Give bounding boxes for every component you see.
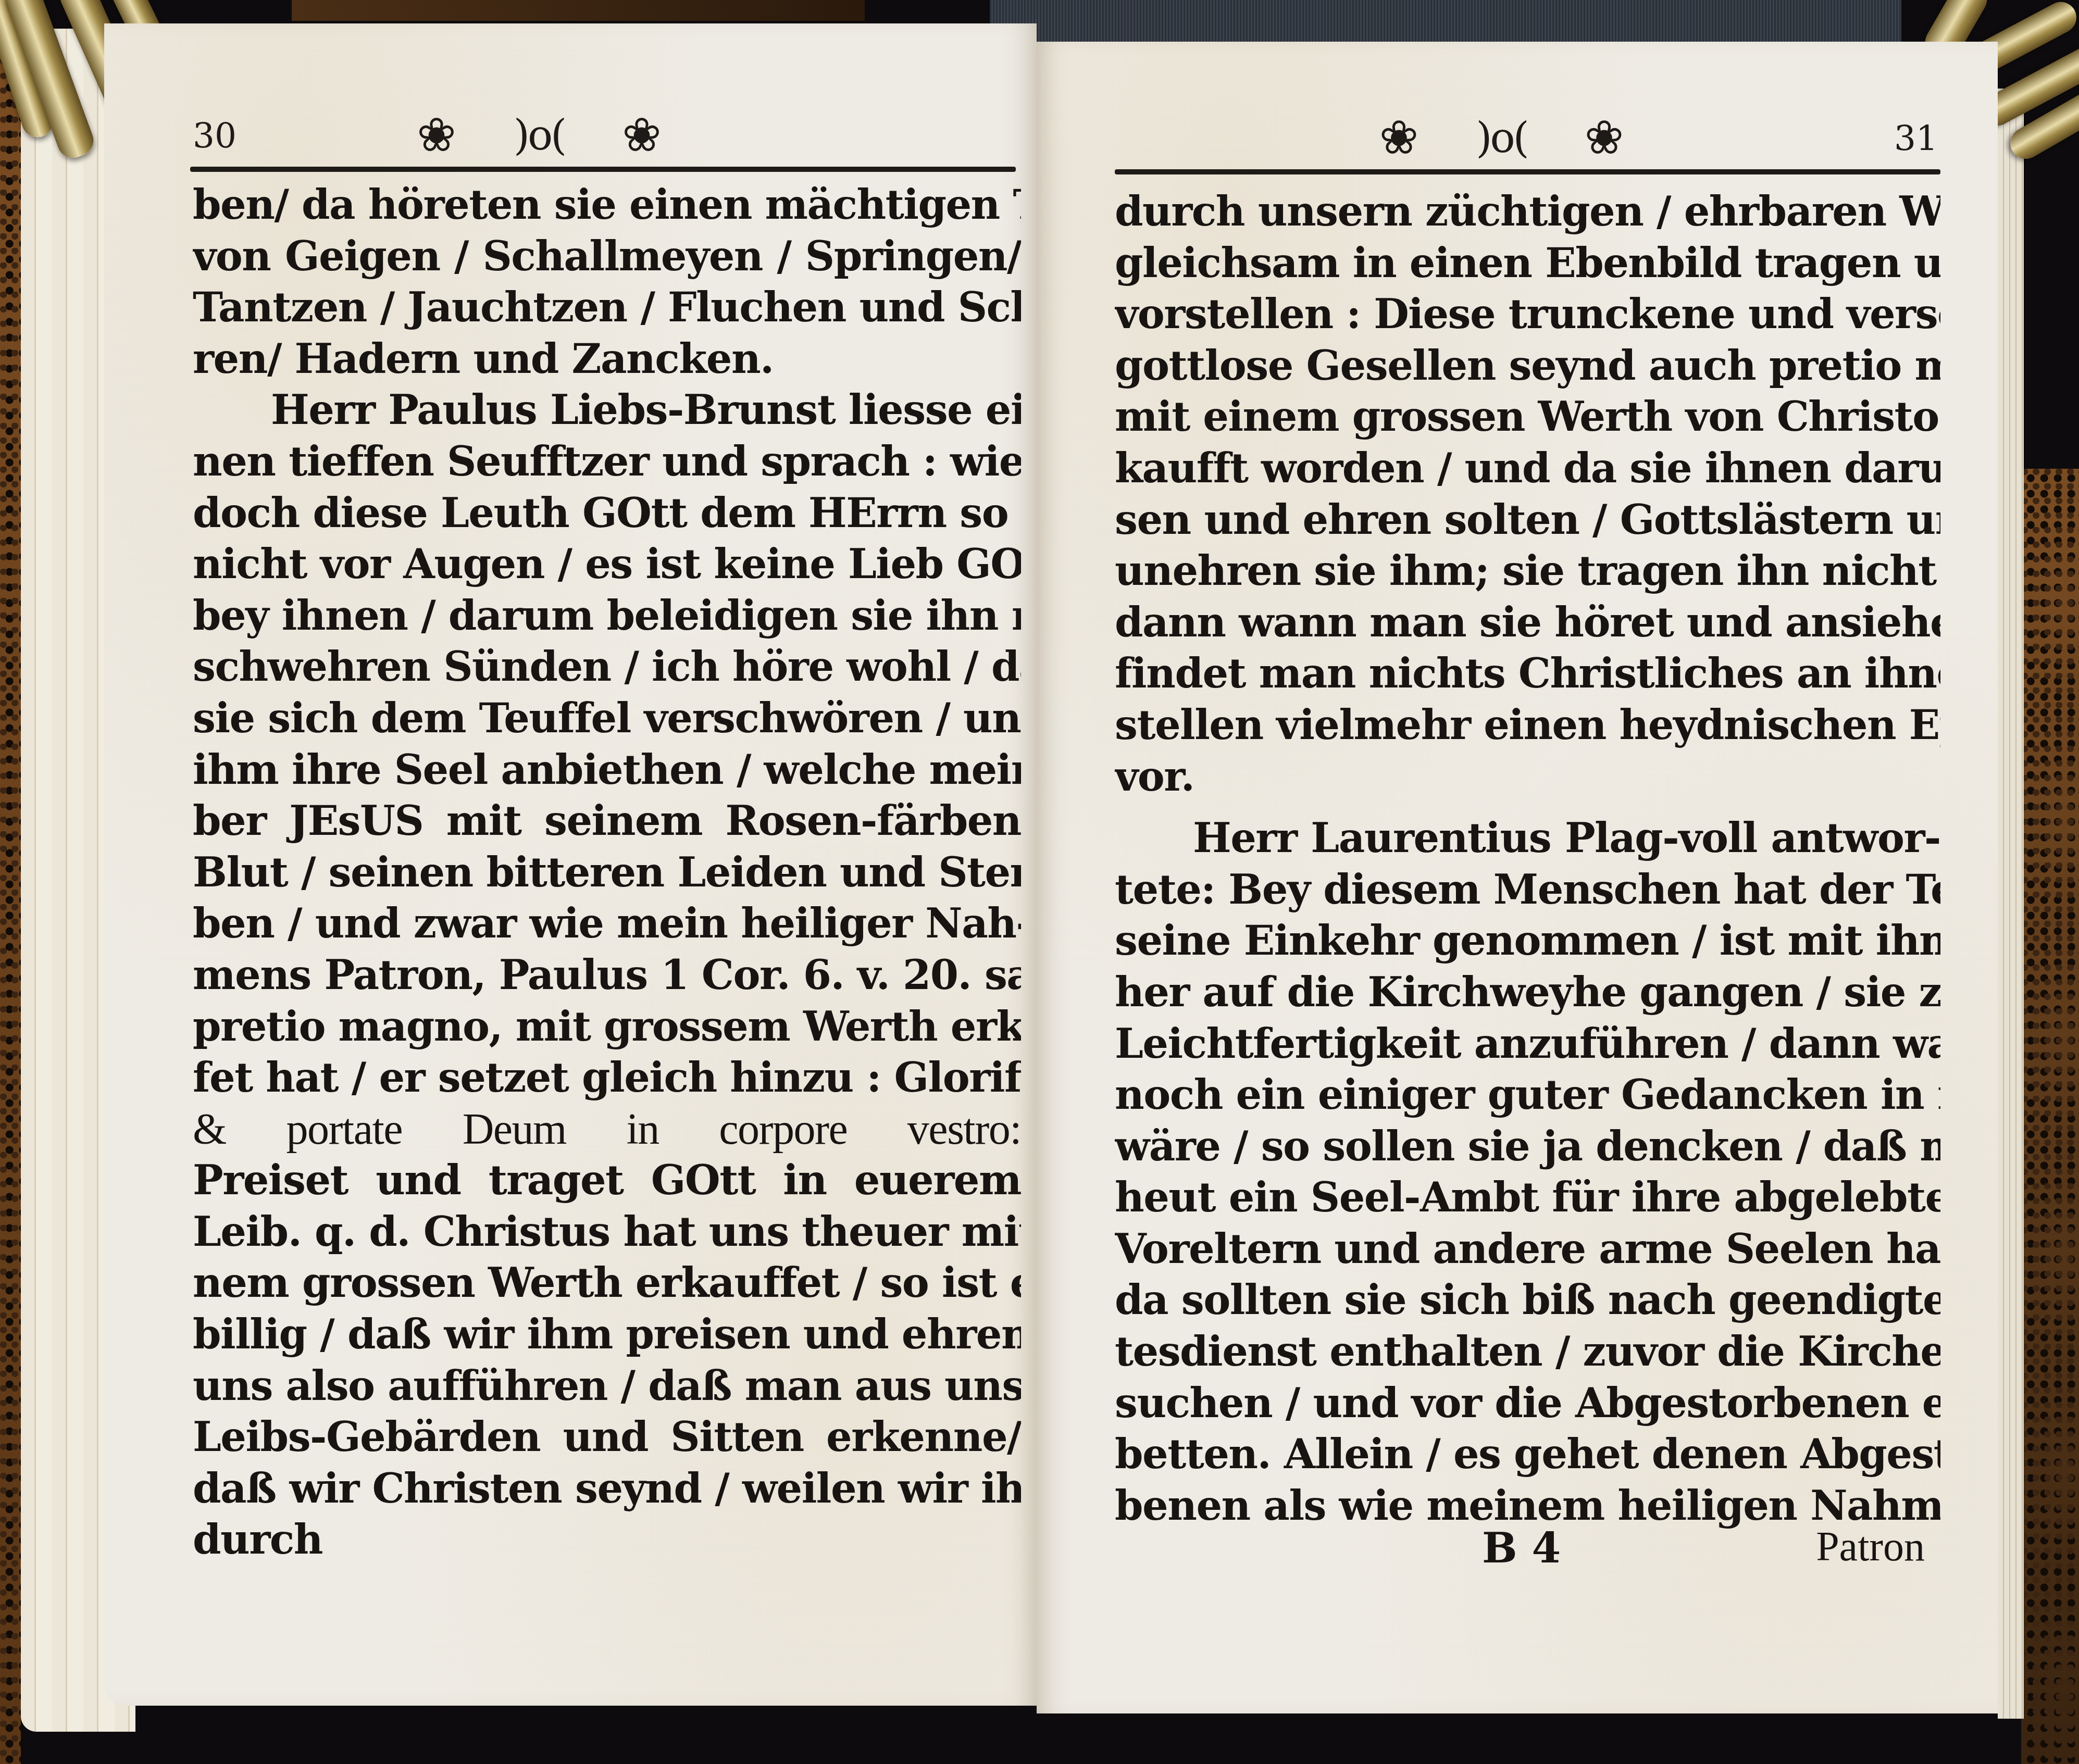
text-line: mens Patron, Paulus 1 Cor. 6. v. 20. sag…	[193, 950, 1021, 1002]
text-line: daß wir Christen seynd / weilen wir ihm	[193, 1463, 1021, 1515]
rosette-icon: ❀	[622, 112, 661, 159]
text-line: pretio magno, mit grossem Werth erkauf-	[193, 1002, 1021, 1053]
text-line: ren/ Hadern und Zancken.	[193, 334, 1021, 385]
text-line: ber JEsUS mit seinem Rosen-färben	[193, 796, 1021, 847]
text-line: seine Einkehr genommen / ist mit ihnen h…	[1115, 916, 1940, 967]
left-page: 30 ❀ )o( ❀ ben/ da höreten sie einen mäc…	[104, 23, 1037, 1706]
text-line: findet man nichts Christliches an ihnen/	[1115, 648, 1940, 700]
text-line: von Geigen / Schallmeyen / Springen/	[193, 231, 1021, 283]
text-line: bey ihnen / darum beleidigen sie ihn mit…	[193, 591, 1021, 642]
text-line: Herr Paulus Liebs-Brunst liesse ei-	[193, 385, 1021, 436]
text-line: doch diese Leuth GOtt dem HErrn so gar	[193, 488, 1021, 540]
page-stack-right	[1998, 89, 2024, 1719]
signature-row: B 4 Patron	[1115, 1523, 1925, 1572]
left-page-header: 30 ❀ )o( ❀	[104, 112, 1037, 159]
text-line: Leib. q. d. Christus hat uns theuer mit …	[193, 1207, 1021, 1258]
text-line: kaufft worden / und da sie ihnen darum p…	[1115, 443, 1940, 495]
header-ornament: ❀ )o( ❀	[1379, 115, 1624, 161]
text-line: vorstellen : Diese trunckene und versoff…	[1115, 289, 1940, 341]
text-line: da sollten sie sich biß nach geendigten …	[1115, 1275, 1940, 1327]
text-line: betten. Allein / es gehet denen Abgestor…	[1115, 1429, 1940, 1481]
text-line: durch unsern züchtigen / ehrbaren Wandel	[1115, 186, 1940, 238]
text-line: Leichtfertigkeit anzuführen / dann wann	[1115, 1019, 1940, 1070]
text-line: uns also aufführen / daß man aus unsern	[193, 1361, 1021, 1412]
text-line: nem grossen Werth erkauffet / so ist es …	[193, 1258, 1021, 1309]
text-line: noch ein einiger guter Gedancken in ihne…	[1115, 1070, 1940, 1121]
text-line: Tantzen / Jauchtzen / Fluchen und Schwö-	[193, 282, 1021, 334]
text-line: vor.	[1115, 752, 1940, 803]
text-line: ben / und zwar wie mein heiliger Nah-	[193, 898, 1021, 950]
text-line: Voreltern und andere arme Seelen halte/	[1115, 1224, 1940, 1275]
text-line: Herr Laurentius Plag-voll antwor-	[1115, 813, 1940, 865]
right-page: ❀ )o( ❀ 31 durch unsern züchtigen / ehrb…	[1037, 42, 1998, 1713]
text-line: wäre / so sollen sie ja dencken / daß ma…	[1115, 1121, 1940, 1173]
text-line-latin: & portate Deum in corpore vestro:	[193, 1104, 1021, 1156]
text-line: nen tieffen Seufftzer und sprach : wie h…	[193, 436, 1021, 488]
signature-mark: B 4	[1482, 1523, 1561, 1572]
ornament-center: )o(	[1476, 117, 1527, 159]
text-line: mit einem grossen Werth von Christo er-	[1115, 392, 1940, 443]
text-line: ben/ da höreten sie einen mächtigen Tumu…	[193, 180, 1021, 231]
text-line: heut ein Seel-Ambt für ihre abgelebte	[1115, 1172, 1940, 1224]
book-cover-left-edge	[0, 0, 21, 1764]
text-line: Leibs-Gebärden und Sitten erkenne/	[193, 1412, 1021, 1463]
text-line: gleichsam in einen Ebenbild tragen und	[1115, 238, 1940, 290]
right-page-text: durch unsern züchtigen / ehrbaren Wandel…	[1115, 186, 1940, 1532]
page-number: 31	[1894, 118, 1938, 158]
book-cover-top-edge	[292, 0, 865, 21]
page-number: 30	[193, 116, 236, 156]
text-line: ihm ihre Seel anbiethen / welche mein li…	[193, 745, 1021, 796]
text-line: suchen / und vor die Abgestorbenen etwas	[1115, 1378, 1940, 1430]
text-line: billig / daß wir ihm preisen und ehren/	[193, 1309, 1021, 1361]
text-line: dann wann man sie höret und ansiehet / s…	[1115, 597, 1940, 649]
text-line: her auf die Kirchweyhe gangen / sie zu a…	[1115, 967, 1940, 1019]
text-line: fet hat / er setzet gleich hinzu : Glori…	[193, 1053, 1021, 1104]
text-line: tesdienst enthalten / zuvor die Kirchen …	[1115, 1327, 1940, 1378]
left-page-text: ben/ da höreten sie einen mächtigen Tumu…	[193, 180, 1021, 1566]
book-spine-cloth	[990, 0, 1901, 42]
ornament-center: )o(	[514, 115, 565, 156]
rosette-icon: ❀	[1379, 115, 1418, 161]
catchword: Patron	[1816, 1523, 1925, 1572]
catchword: durch	[193, 1515, 1021, 1566]
text-line: stellen vielmehr einen heydnischen Epicu…	[1115, 700, 1940, 752]
right-page-header: ❀ )o( ❀ 31	[1037, 115, 1998, 161]
rosette-icon: ❀	[417, 112, 456, 159]
text-line: sen und ehren solten / Gottslästern und …	[1115, 495, 1940, 546]
text-line: tete: Bey diesem Menschen hat der Teuffe…	[1115, 865, 1940, 916]
book-cover-right-edge	[2021, 469, 2079, 1764]
text-line: schwehren Sünden / ich höre wohl / daß	[193, 642, 1021, 693]
header-rule	[1115, 169, 1940, 174]
header-ornament: ❀ )o( ❀	[417, 112, 661, 159]
text-line: nicht vor Augen / es ist keine Lieb GOtt…	[193, 539, 1021, 591]
rosette-icon: ❀	[1585, 115, 1624, 161]
text-line: gottlose Gesellen seynd auch pretio magn…	[1115, 341, 1940, 392]
text-line: Preiset und traget GOtt in euerem	[193, 1155, 1021, 1207]
text-line: sie sich dem Teuffel verschwören / und	[193, 693, 1021, 745]
text-line: unehren sie ihm; sie tragen ihn nicht am…	[1115, 546, 1940, 597]
text-line: Blut / seinen bitteren Leiden und Ster-	[193, 847, 1021, 899]
header-rule	[190, 167, 1016, 172]
